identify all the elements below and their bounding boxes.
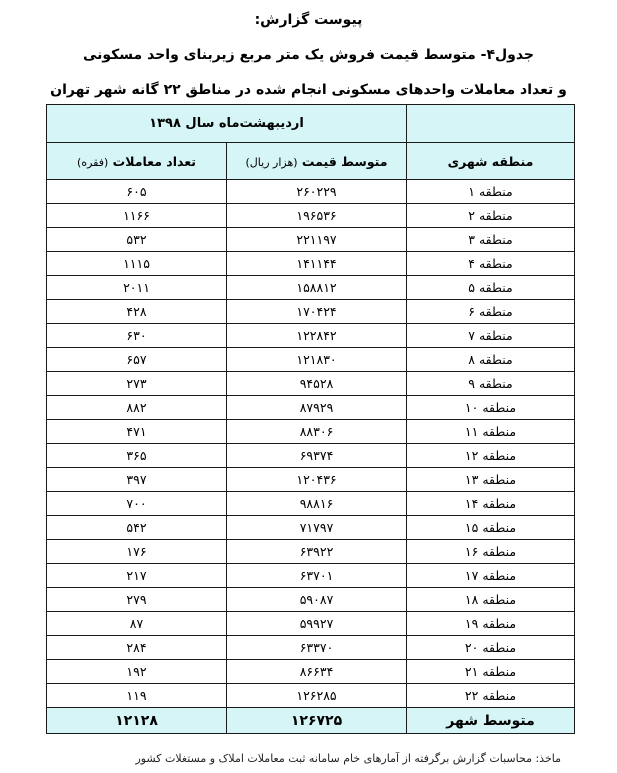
price-cell: ۶۳۷۰۱: [227, 564, 407, 588]
count-cell: ۳۹۷: [47, 468, 227, 492]
price-cell: ۸۸۳۰۶: [227, 420, 407, 444]
header-price-label: متوسط قیمت: [302, 154, 388, 169]
count-cell: ۵۴۲: [47, 516, 227, 540]
region-cell: منطقه ۴: [407, 252, 575, 276]
count-cell: ۶۵۷: [47, 348, 227, 372]
region-cell: منطقه ۱۳: [407, 468, 575, 492]
price-cell: ۸۶۶۳۴: [227, 660, 407, 684]
price-cell: ۹۸۸۱۶: [227, 492, 407, 516]
count-cell: ۴۷۱: [47, 420, 227, 444]
header-region: منطقه شهری: [407, 143, 575, 180]
table-row-city-average: متوسط شهر ۱۲۶۷۲۵ ۱۲۱۲۸: [47, 708, 575, 734]
price-cell: ۲۲۱۱۹۷: [227, 228, 407, 252]
price-cell: ۹۴۵۲۸: [227, 372, 407, 396]
count-cell: ۱۱۹: [47, 684, 227, 708]
table-row: منطقه ۱۵۷۱۷۹۷۵۴۲: [47, 516, 575, 540]
table-row: منطقه ۱۶۶۳۹۲۲۱۷۶: [47, 540, 575, 564]
price-cell: ۲۶۰۲۲۹: [227, 180, 407, 204]
source-note: ماخذ: محاسبات گزارش برگرفته از آمارهای خ…: [135, 752, 561, 766]
price-cell: ۱۲۰۴۳۶: [227, 468, 407, 492]
count-cell: ۸۸۲: [47, 396, 227, 420]
table-row: منطقه ۱۰۸۷۹۲۹۸۸۲: [47, 396, 575, 420]
table-row: منطقه ۲۱۸۶۶۳۴۱۹۲: [47, 660, 575, 684]
price-cell: ۱۴۱۱۴۴: [227, 252, 407, 276]
housing-price-table: اردیبهشت‌ماه سال ۱۳۹۸ منطقه شهری متوسط ق…: [46, 104, 575, 734]
price-cell: ۶۳۳۷۰: [227, 636, 407, 660]
count-cell: ۶۰۵: [47, 180, 227, 204]
region-cell: منطقه ۷: [407, 324, 575, 348]
count-cell: ۱۱۱۵: [47, 252, 227, 276]
price-cell: ۱۲۱۸۳۰: [227, 348, 407, 372]
table-row: منطقه ۱۷۶۳۷۰۱۲۱۷: [47, 564, 575, 588]
region-cell: منطقه ۱۸: [407, 588, 575, 612]
table-row: منطقه ۱۱۸۸۳۰۶۴۷۱: [47, 420, 575, 444]
region-cell: منطقه ۹: [407, 372, 575, 396]
count-cell: ۷۰۰: [47, 492, 227, 516]
table-row: منطقه ۲۲۱۲۶۲۸۵۱۱۹: [47, 684, 575, 708]
price-cell: ۷۱۷۹۷: [227, 516, 407, 540]
region-cell: منطقه ۱۲: [407, 444, 575, 468]
table-title-line-2: و تعداد معاملات واحدهای مسکونی انجام شده…: [0, 81, 617, 99]
table-body: منطقه ۱۲۶۰۲۲۹۶۰۵منطقه ۲۱۹۶۵۳۶۱۱۶۶منطقه ۳…: [47, 180, 575, 708]
price-cell: ۱۹۶۵۳۶: [227, 204, 407, 228]
price-cell: ۵۹۰۸۷: [227, 588, 407, 612]
region-cell: منطقه ۸: [407, 348, 575, 372]
price-cell: ۱۷۰۴۲۴: [227, 300, 407, 324]
count-cell: ۵۳۲: [47, 228, 227, 252]
region-cell: منطقه ۱۰: [407, 396, 575, 420]
count-cell: ۱۱۶۶: [47, 204, 227, 228]
header-count: تعداد معاملات (فقره): [47, 143, 227, 180]
total-count: ۱۲۱۲۸: [47, 708, 227, 734]
count-cell: ۲۰۱۱: [47, 276, 227, 300]
price-cell: ۶۹۳۷۴: [227, 444, 407, 468]
region-cell: منطقه ۱: [407, 180, 575, 204]
region-cell: منطقه ۲۱: [407, 660, 575, 684]
header-count-unit: (فقره): [77, 156, 108, 169]
table-row: منطقه ۱۳۱۲۰۴۳۶۳۹۷: [47, 468, 575, 492]
count-cell: ۸۷: [47, 612, 227, 636]
table-row: منطقه ۵۱۵۸۸۱۲۲۰۱۱: [47, 276, 575, 300]
count-cell: ۱۹۲: [47, 660, 227, 684]
price-cell: ۵۹۹۲۷: [227, 612, 407, 636]
header-period: اردیبهشت‌ماه سال ۱۳۹۸: [47, 105, 407, 143]
table-row: منطقه ۲۱۹۶۵۳۶۱۱۶۶: [47, 204, 575, 228]
region-cell: منطقه ۱۱: [407, 420, 575, 444]
region-cell: منطقه ۱۷: [407, 564, 575, 588]
count-cell: ۲۱۷: [47, 564, 227, 588]
header-empty-cell: [407, 105, 575, 143]
region-cell: منطقه ۵: [407, 276, 575, 300]
table-row: منطقه ۴۱۴۱۱۴۴۱۱۱۵: [47, 252, 575, 276]
table-title-line-1: جدول۴- متوسط قیمت فروش یک متر مربع زیربن…: [0, 46, 617, 64]
table-header-period-row: اردیبهشت‌ماه سال ۱۳۹۸: [47, 105, 575, 143]
header-price: متوسط قیمت (هزار ریال): [227, 143, 407, 180]
count-cell: ۶۳۰: [47, 324, 227, 348]
region-cell: منطقه ۲۰: [407, 636, 575, 660]
header-count-label: تعداد معاملات: [113, 154, 196, 169]
table-row: منطقه ۱۲۶۰۲۲۹۶۰۵: [47, 180, 575, 204]
price-cell: ۱۵۸۸۱۲: [227, 276, 407, 300]
count-cell: ۱۷۶: [47, 540, 227, 564]
region-cell: منطقه ۲۲: [407, 684, 575, 708]
table-row: منطقه ۳۲۲۱۱۹۷۵۳۲: [47, 228, 575, 252]
count-cell: ۴۲۸: [47, 300, 227, 324]
table-row: منطقه ۸۱۲۱۸۳۰۶۵۷: [47, 348, 575, 372]
region-cell: منطقه ۶: [407, 300, 575, 324]
table-row: منطقه ۶۱۷۰۴۲۴۴۲۸: [47, 300, 575, 324]
report-appendix-heading: پیوست گزارش:: [0, 11, 617, 29]
table-header-columns-row: منطقه شهری متوسط قیمت (هزار ریال) تعداد …: [47, 143, 575, 180]
table-row: منطقه ۹۹۴۵۲۸۲۷۳: [47, 372, 575, 396]
header-price-unit: (هزار ریال): [246, 156, 298, 169]
table-row: منطقه ۱۹۵۹۹۲۷۸۷: [47, 612, 575, 636]
table-row: منطقه ۲۰۶۳۳۷۰۲۸۴: [47, 636, 575, 660]
table-row: منطقه ۱۴۹۸۸۱۶۷۰۰: [47, 492, 575, 516]
count-cell: ۲۷۳: [47, 372, 227, 396]
table-row: منطقه ۱۲۶۹۳۷۴۳۶۵: [47, 444, 575, 468]
price-cell: ۱۲۲۸۴۲: [227, 324, 407, 348]
price-cell: ۸۷۹۲۹: [227, 396, 407, 420]
table-row: منطقه ۱۸۵۹۰۸۷۲۷۹: [47, 588, 575, 612]
region-cell: منطقه ۱۵: [407, 516, 575, 540]
count-cell: ۲۸۴: [47, 636, 227, 660]
table-row: منطقه ۷۱۲۲۸۴۲۶۳۰: [47, 324, 575, 348]
price-cell: ۱۲۶۲۸۵: [227, 684, 407, 708]
region-cell: منطقه ۱۴: [407, 492, 575, 516]
region-cell: منطقه ۲: [407, 204, 575, 228]
count-cell: ۲۷۹: [47, 588, 227, 612]
price-cell: ۶۳۹۲۲: [227, 540, 407, 564]
total-region: متوسط شهر: [407, 708, 575, 734]
region-cell: منطقه ۱۶: [407, 540, 575, 564]
region-cell: منطقه ۱۹: [407, 612, 575, 636]
region-cell: منطقه ۳: [407, 228, 575, 252]
count-cell: ۳۶۵: [47, 444, 227, 468]
total-price: ۱۲۶۷۲۵: [227, 708, 407, 734]
